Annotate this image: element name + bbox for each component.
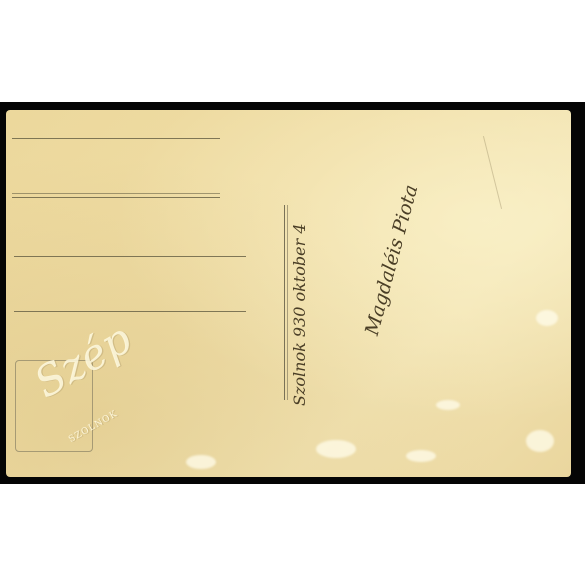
address-line-2: [12, 197, 220, 198]
address-line-3: [14, 256, 246, 257]
handwritten-name: Magdaléis Piota: [361, 182, 422, 337]
paper-wear-spot: [436, 400, 460, 410]
paper-wear-spot: [186, 455, 216, 469]
handwritten-date: Szolnok 930 oktober 4: [290, 224, 309, 407]
address-line-4: [14, 311, 246, 312]
faint-crease-mark: [483, 136, 502, 209]
paper-wear-spot: [316, 440, 356, 458]
postcard-back: Szép SZOLNOK Szolnok 930 oktober 4 Magda…: [6, 110, 571, 477]
paper-wear-spot: [406, 450, 436, 462]
paper-wear-spot: [536, 310, 558, 326]
address-line-2-upper: [12, 193, 220, 194]
address-line-1: [12, 138, 220, 139]
paper-wear-spot: [526, 430, 554, 452]
center-divider-shadow: [287, 205, 288, 400]
center-divider: [284, 205, 285, 400]
